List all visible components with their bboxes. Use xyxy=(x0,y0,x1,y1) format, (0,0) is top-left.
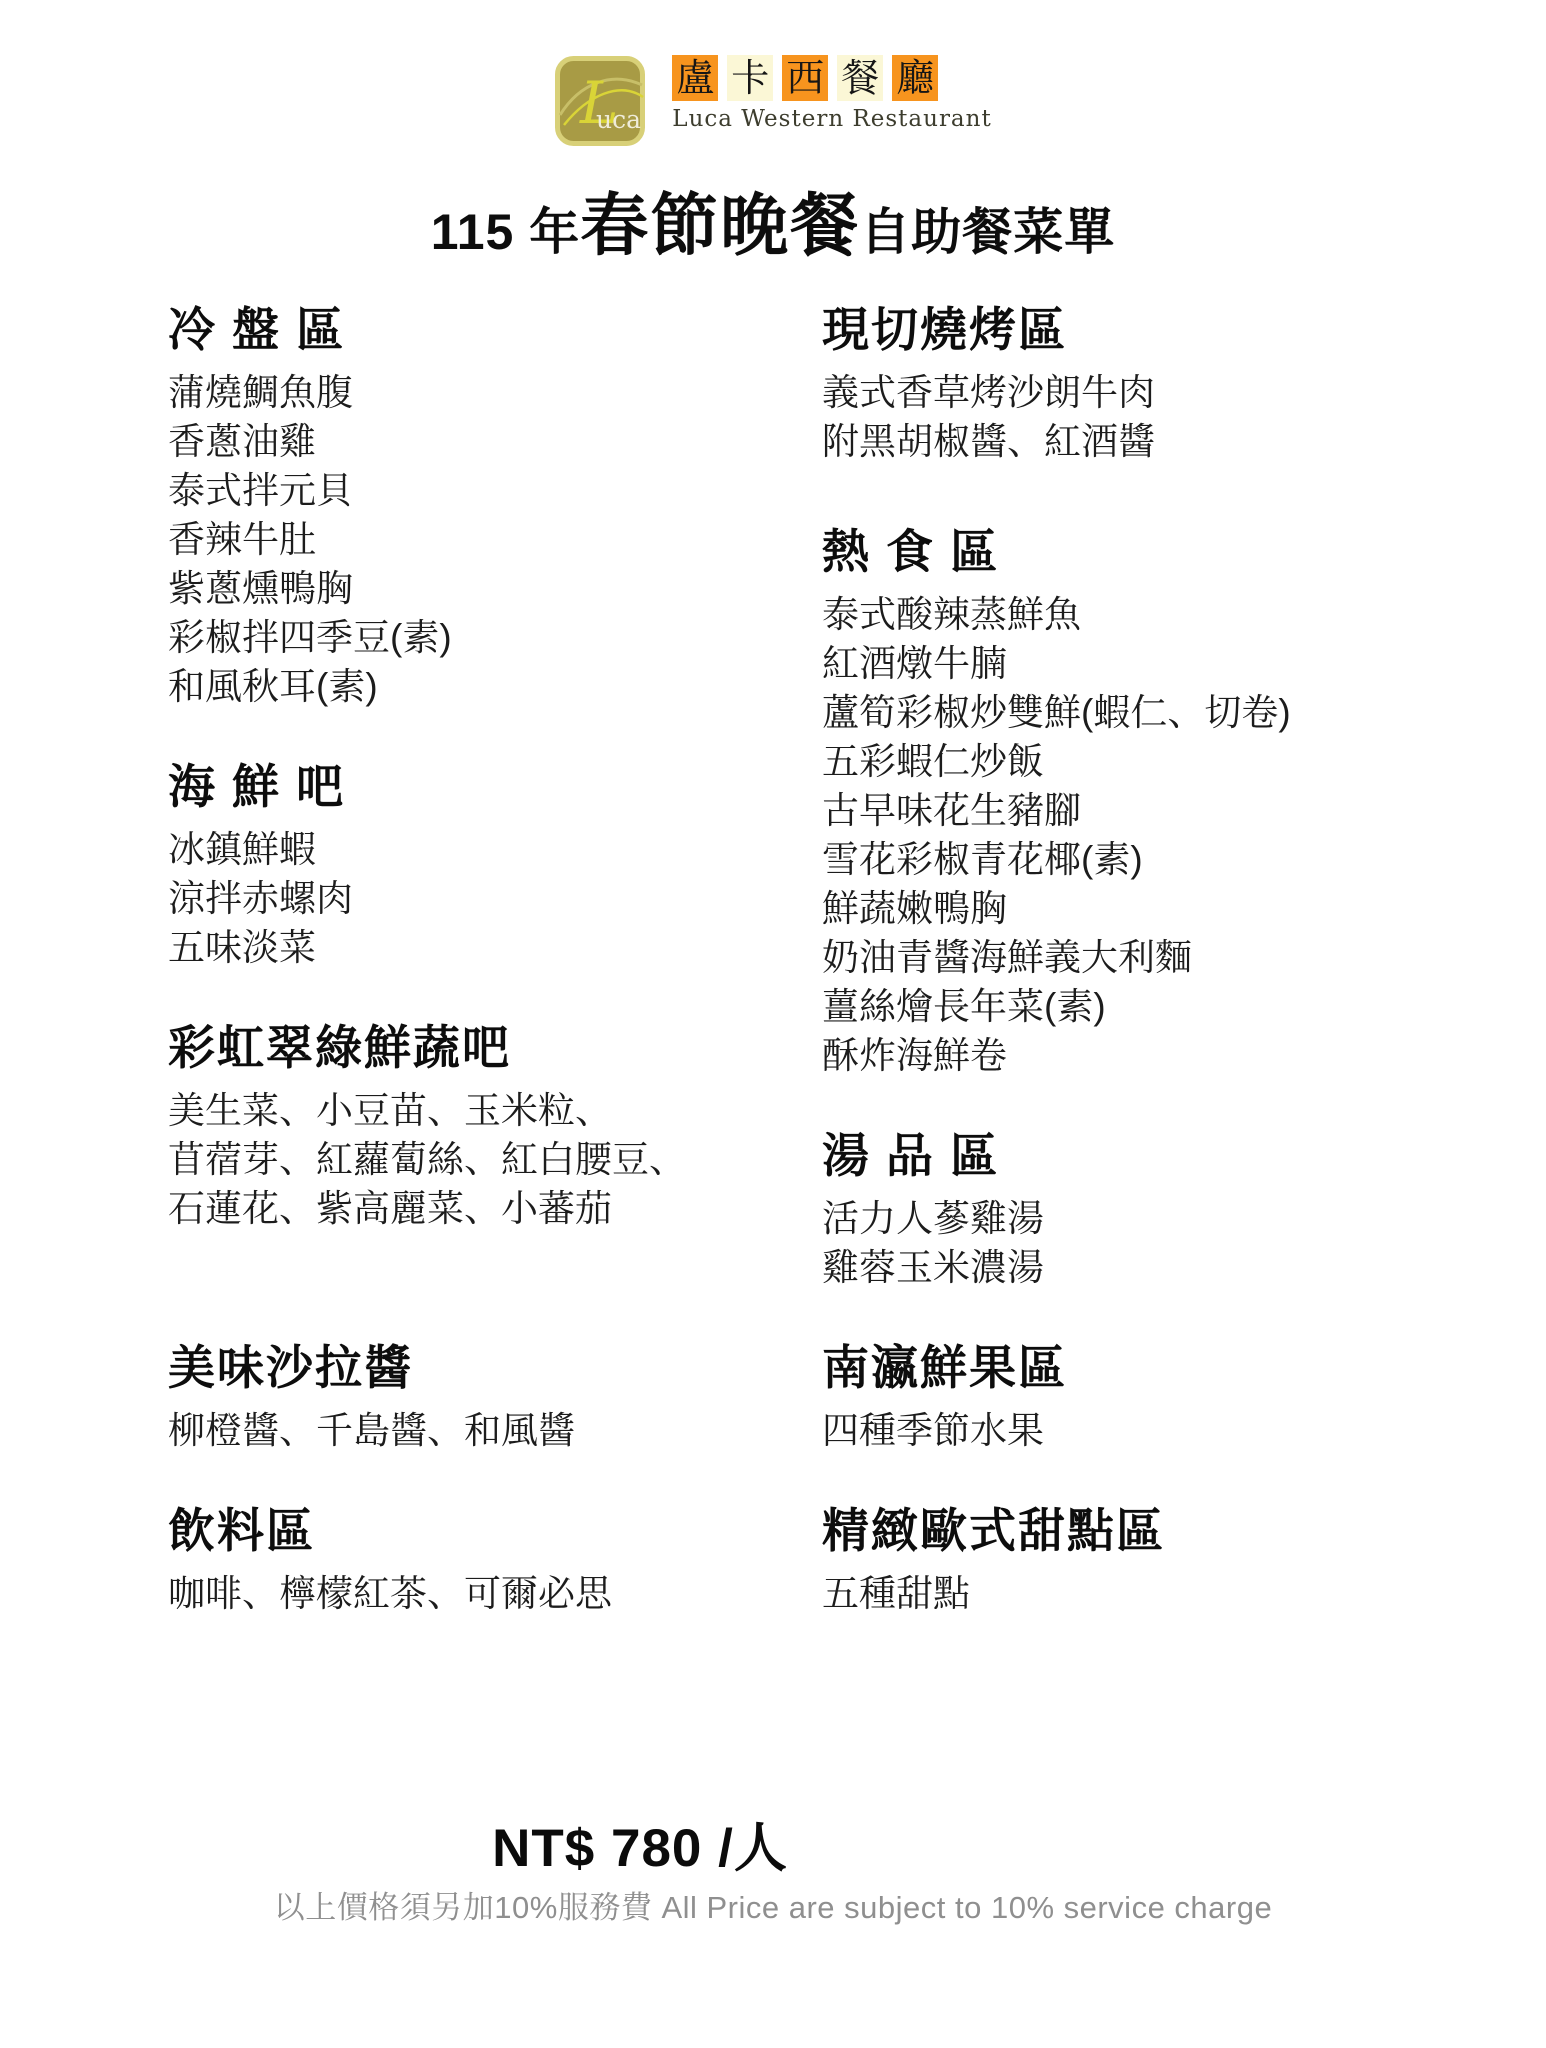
menu-item: 義式香草烤沙朗牛肉 xyxy=(822,368,1462,417)
menu-item: 四種季節水果 xyxy=(822,1406,1462,1455)
menu-title: 115 年春節晚餐自助餐菜單 xyxy=(0,172,1546,269)
menu-column-right: 現切燒烤區義式香草烤沙朗牛肉附黑胡椒醬、紅酒醬熱 食 區泰式酸辣蒸鮮魚紅酒燉牛腩… xyxy=(822,306,1462,1670)
menu-item: 彩椒拌四季豆(素) xyxy=(168,613,768,662)
menu-item: 五彩蝦仁炒飯 xyxy=(822,737,1462,786)
menu-item: 冰鎮鮮蝦 xyxy=(168,825,768,874)
menu-section-right-2: 湯 品 區活力人蔘雞湯雞蓉玉米濃湯 xyxy=(822,1132,1462,1292)
menu-item: 酥炸海鮮卷 xyxy=(822,1031,1462,1080)
restaurant-name-chinese: 盧卡西餐廳 xyxy=(672,55,938,101)
luca-logo-icon: L uca xyxy=(554,55,646,147)
restaurant-name-english: Luca Western Restaurant xyxy=(672,106,991,132)
menu-section-right-4: 精緻歐式甜點區五種甜點 xyxy=(822,1507,1462,1618)
menu-section-right-1: 熱 食 區泰式酸辣蒸鮮魚紅酒燉牛腩蘆筍彩椒炒雙鮮(蝦仁、切卷)五彩蝦仁炒飯古早味… xyxy=(822,528,1462,1080)
menu-section-left-1: 海 鮮 吧冰鎮鮮蝦涼拌赤螺肉五味淡菜 xyxy=(168,763,768,972)
menu-item: 泰式酸辣蒸鮮魚 xyxy=(822,590,1462,639)
menu-item: 柳橙醬、千島醬、和風醬 xyxy=(168,1406,768,1455)
logo-rest-letters: uca xyxy=(596,105,641,134)
section-heading: 熱 食 區 xyxy=(822,528,1462,576)
menu-item: 紫蔥燻鴨胸 xyxy=(168,564,768,613)
menu-item: 紅酒燉牛腩 xyxy=(822,639,1462,688)
menu-item: 奶油青醬海鮮義大利麵 xyxy=(822,933,1462,982)
menu-item: 五味淡菜 xyxy=(168,923,768,972)
section-heading: 冷 盤 區 xyxy=(168,306,768,354)
menu-item: 香辣牛肚 xyxy=(168,515,768,564)
brand-char-tile: 廳 xyxy=(892,55,938,101)
section-heading: 彩虹翠綠鮮蔬吧 xyxy=(168,1024,768,1072)
brand-char-tile: 西 xyxy=(782,55,828,101)
menu-item: 薑絲燴長年菜(素) xyxy=(822,982,1462,1031)
menu-page: L uca 盧卡西餐廳 Luca Western Restaurant 115 … xyxy=(0,0,1546,2048)
menu-item: 雪花彩椒青花椰(素) xyxy=(822,835,1462,884)
menu-item: 活力人蔘雞湯 xyxy=(822,1194,1462,1243)
section-heading: 海 鮮 吧 xyxy=(168,763,768,811)
title-prefix: 115 年 xyxy=(431,204,581,260)
brand-block: 盧卡西餐廳 Luca Western Restaurant xyxy=(672,55,991,132)
menu-item: 香蔥油雞 xyxy=(168,417,768,466)
section-heading: 飲料區 xyxy=(168,1507,768,1555)
section-heading: 精緻歐式甜點區 xyxy=(822,1507,1462,1555)
menu-item: 附黑胡椒醬、紅酒醬 xyxy=(822,417,1462,466)
luca-logo-icon: L uca xyxy=(554,55,646,147)
section-heading: 南瀛鮮果區 xyxy=(822,1344,1462,1392)
menu-section-right-0: 現切燒烤區義式香草烤沙朗牛肉附黑胡椒醬、紅酒醬 xyxy=(822,306,1462,466)
menu-item: 石蓮花、紫高麗菜、小蕃茄 xyxy=(168,1184,768,1233)
brand-char-tile: 餐 xyxy=(837,55,883,101)
menu-item: 和風秋耳(素) xyxy=(168,662,768,711)
menu-section-left-0: 冷 盤 區蒲燒鯛魚腹香蔥油雞泰式拌元貝香辣牛肚紫蔥燻鴨胸彩椒拌四季豆(素)和風秋… xyxy=(168,306,768,711)
menu-item: 泰式拌元貝 xyxy=(168,466,768,515)
menu-item: 五種甜點 xyxy=(822,1569,1462,1618)
menu-item: 美生菜、小豆苗、玉米粒、 xyxy=(168,1086,768,1135)
menu-column-left: 冷 盤 區蒲燒鯛魚腹香蔥油雞泰式拌元貝香辣牛肚紫蔥燻鴨胸彩椒拌四季豆(素)和風秋… xyxy=(168,306,768,1670)
brand-char-tile: 盧 xyxy=(672,55,718,101)
menu-item: 古早味花生豬腳 xyxy=(822,786,1462,835)
menu-item: 蒲燒鯛魚腹 xyxy=(168,368,768,417)
menu-section-left-2: 彩虹翠綠鮮蔬吧美生菜、小豆苗、玉米粒、苜蓿芽、紅蘿蔔絲、紅白腰豆、石蓮花、紫高麗… xyxy=(168,1024,768,1233)
section-heading: 美味沙拉醬 xyxy=(168,1344,768,1392)
menu-item: 咖啡、檸檬紅茶、可爾必思 xyxy=(168,1569,768,1618)
menu-section-left-4: 飲料區咖啡、檸檬紅茶、可爾必思 xyxy=(168,1507,768,1618)
menu-item: 雞蓉玉米濃湯 xyxy=(822,1243,1462,1292)
price: NT$ 780 /人 xyxy=(0,1806,1280,1882)
menu-item: 鮮蔬嫩鴨胸 xyxy=(822,884,1462,933)
title-suffix: 自助餐菜單 xyxy=(860,204,1115,260)
section-heading: 湯 品 區 xyxy=(822,1132,1462,1180)
section-heading: 現切燒烤區 xyxy=(822,306,1462,354)
title-emphasis: 春節晚餐 xyxy=(580,188,860,264)
brand-char-tile: 卡 xyxy=(727,55,773,101)
menu-section-right-3: 南瀛鮮果區四種季節水果 xyxy=(822,1344,1462,1455)
service-charge-note: 以上價格須另加10%服務費 All Price are subject to 1… xyxy=(0,1882,1546,1927)
restaurant-header: L uca 盧卡西餐廳 Luca Western Restaurant xyxy=(0,55,1546,147)
menu-section-left-3: 美味沙拉醬柳橙醬、千島醬、和風醬 xyxy=(168,1344,768,1455)
menu-item: 涼拌赤螺肉 xyxy=(168,874,768,923)
menu-item: 苜蓿芽、紅蘿蔔絲、紅白腰豆、 xyxy=(168,1135,768,1184)
menu-item: 蘆筍彩椒炒雙鮮(蝦仁、切卷) xyxy=(822,688,1462,737)
